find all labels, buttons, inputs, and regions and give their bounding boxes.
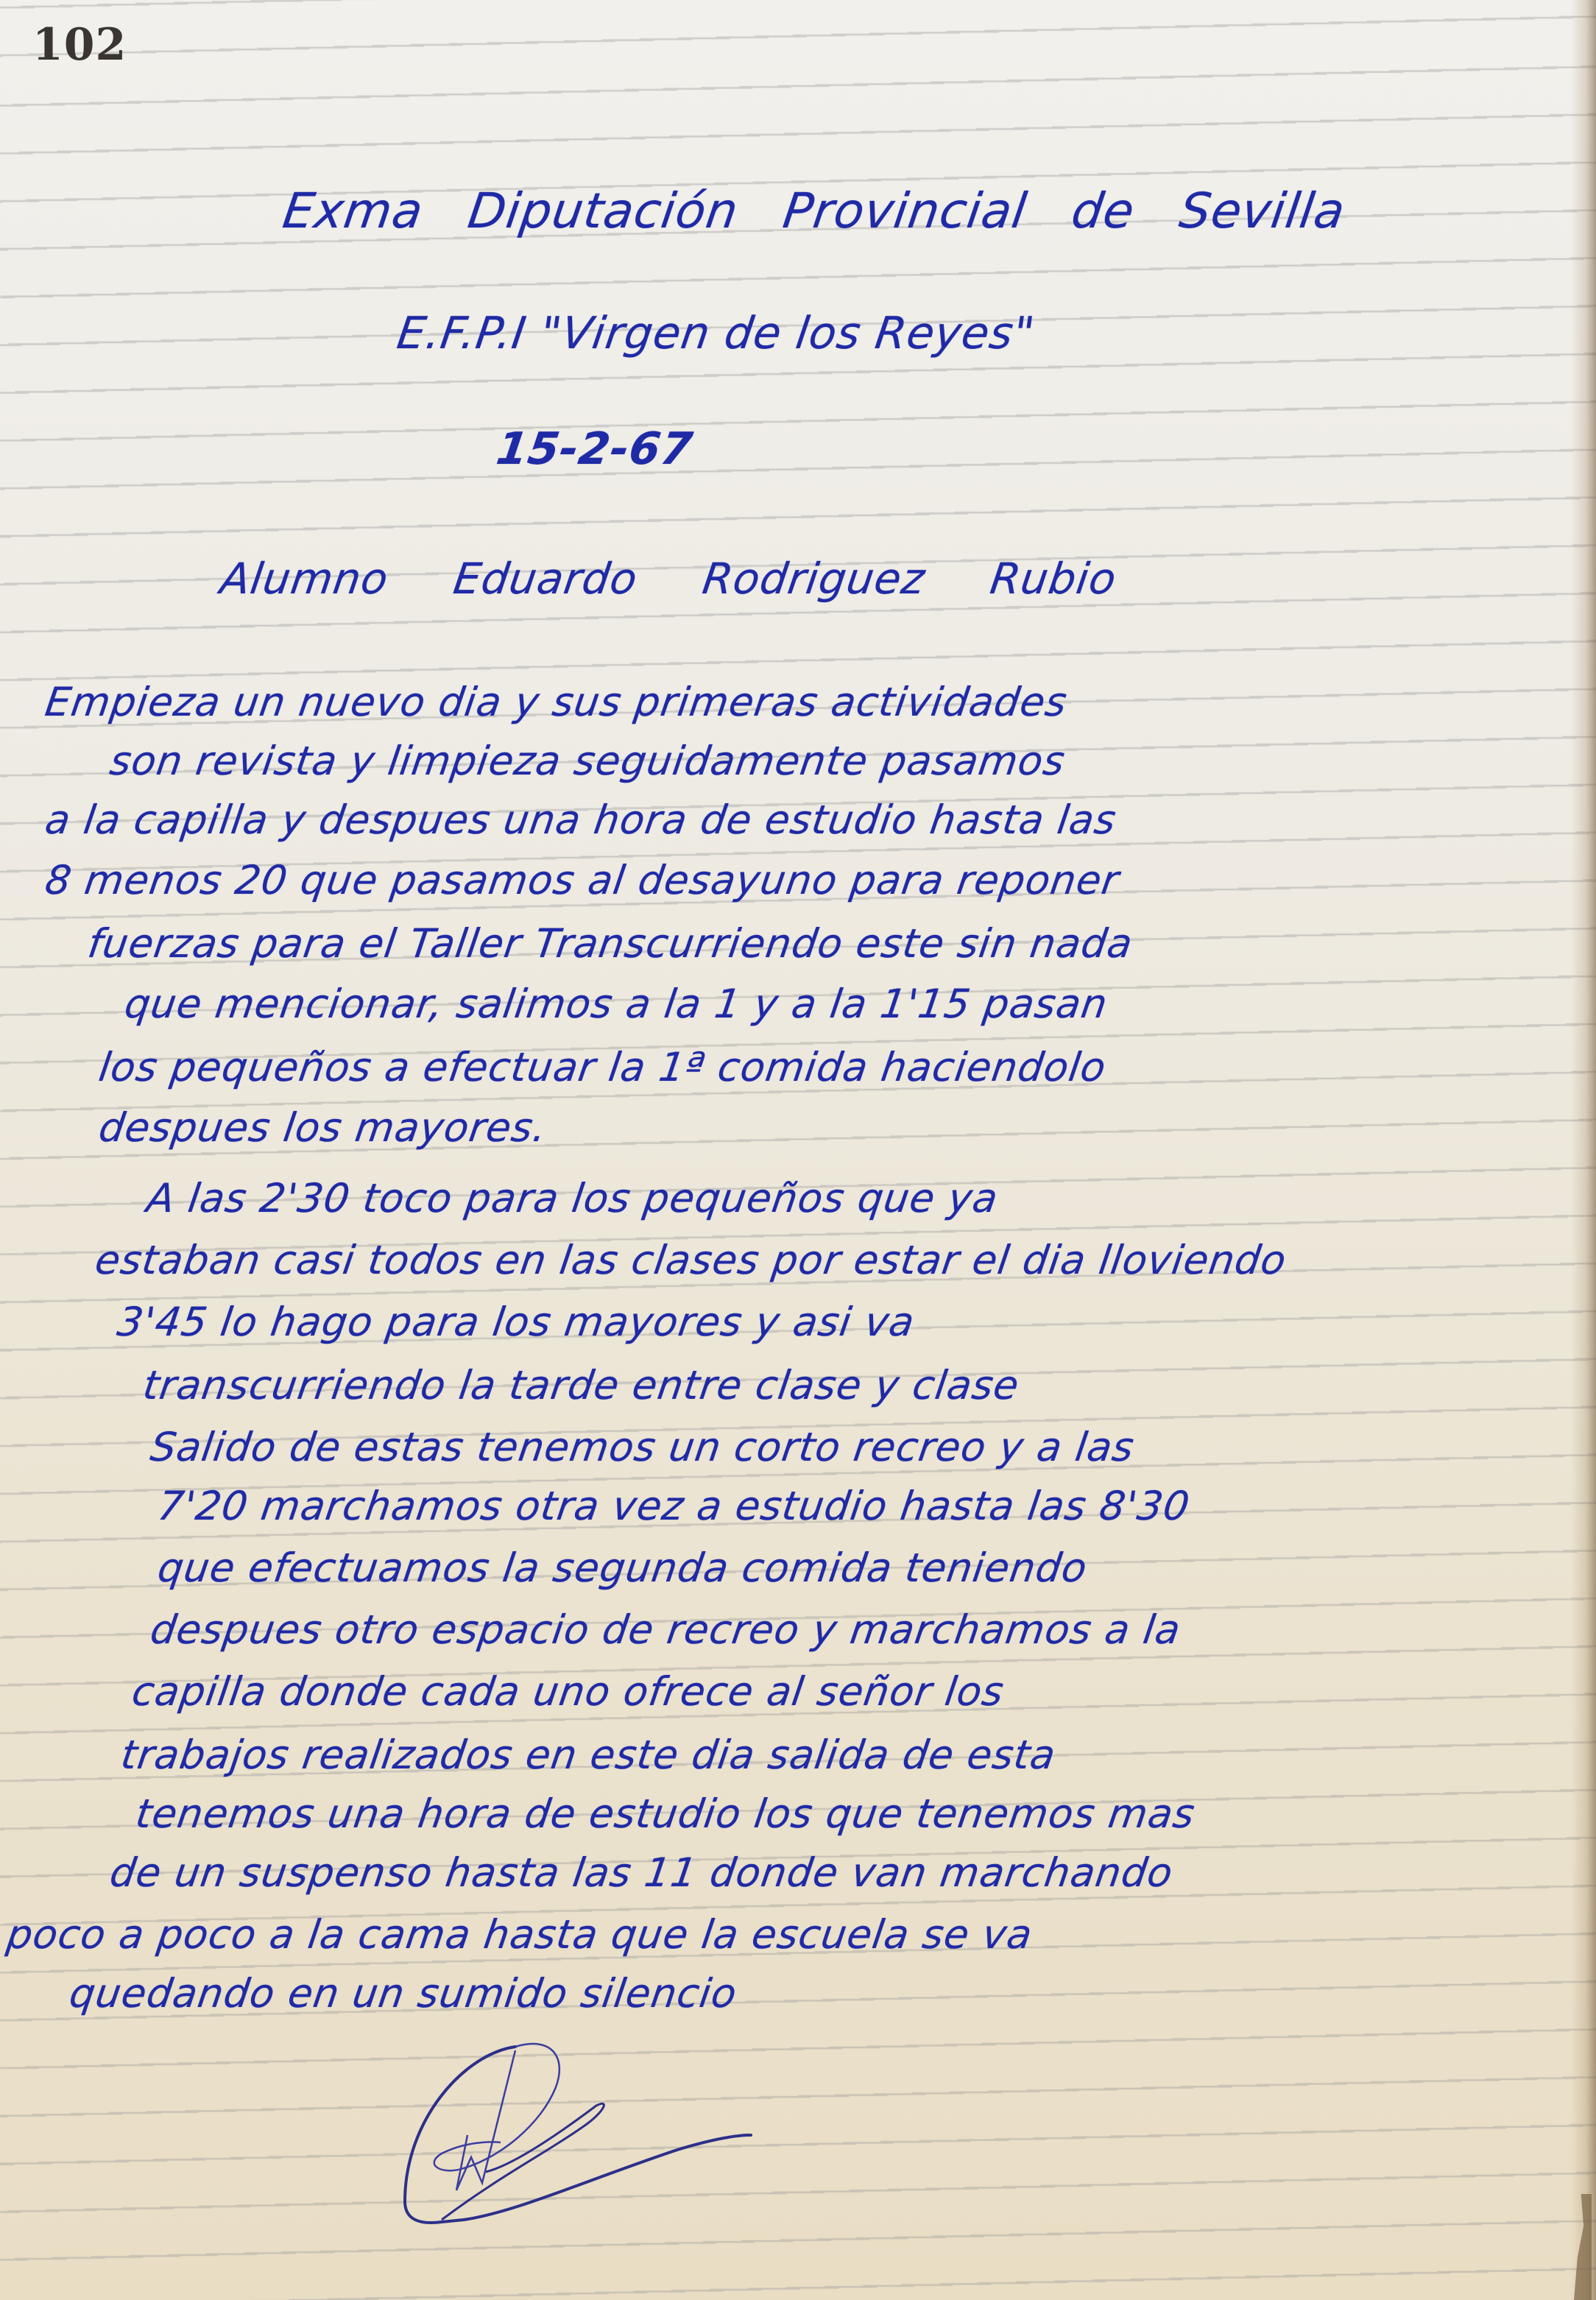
- body-line: trabajos realizados en este dia salida d…: [119, 1732, 1059, 1778]
- school-heading: E.F.P.I "Virgen de los Reyes": [394, 308, 1038, 359]
- body-line: los pequeños a efectuar la 1ª comida hac…: [96, 1044, 1109, 1090]
- student-name: Alumno Eduardo Rodriguez Rubio: [217, 554, 1120, 604]
- institution-heading: Exma Diputación Provincial de Sevilla: [280, 183, 1349, 239]
- body-line: poco a poco a la cama hasta que la escue…: [4, 1911, 1036, 1958]
- body-line: son revista y limpieza seguidamente pasa…: [107, 738, 1068, 784]
- body-line: a la capilla y despues una hora de estud…: [43, 797, 1120, 843]
- body-line: A las 2'30 toco para los pequeños que ya: [144, 1175, 1001, 1221]
- body-line: de un suspenso hasta las 11 donde van ma…: [107, 1849, 1176, 1896]
- binding-edge-shadow: [1571, 0, 1596, 2300]
- signature: [398, 2032, 854, 2246]
- body-line: estaban casi todos en las clases por est…: [93, 1237, 1290, 1283]
- body-line: 7'20 marchamos otra vez a estudio hasta …: [155, 1483, 1193, 1529]
- body-line: despues los mayores.: [96, 1104, 550, 1151]
- body-line: quedando en un sumido silencio: [67, 1970, 741, 2017]
- date: 15-2-67: [493, 423, 696, 475]
- body-line: tenemos una hora de estudio los que tene…: [133, 1791, 1198, 1837]
- body-line: 8 menos 20 que pasamos al desayuno para …: [43, 857, 1123, 903]
- page-number: 102: [32, 19, 127, 71]
- body-line: que efectuamos la segunda comida teniend…: [155, 1545, 1090, 1591]
- body-line: transcurriendo la tarde entre clase y cl…: [141, 1362, 1023, 1408]
- body-line: Empieza un nuevo dia y sus primeras acti…: [43, 679, 1070, 725]
- body-line: capilla donde cada uno ofrece al señor l…: [130, 1668, 1007, 1715]
- body-line: despues otro espacio de recreo y marcham…: [148, 1606, 1184, 1653]
- body-line: fuerzas para el Taller Transcurriendo es…: [85, 920, 1136, 967]
- body-line: Salido de estas tenemos un corto recreo …: [148, 1424, 1137, 1470]
- body-line: que mencionar, salimos a la 1 y a la 1'1…: [122, 981, 1111, 1027]
- body-line: 3'45 lo hago para los mayores y asi va: [115, 1299, 918, 1345]
- notebook-page: 102 Exma Diputación Provincial de Sevill…: [0, 0, 1596, 2300]
